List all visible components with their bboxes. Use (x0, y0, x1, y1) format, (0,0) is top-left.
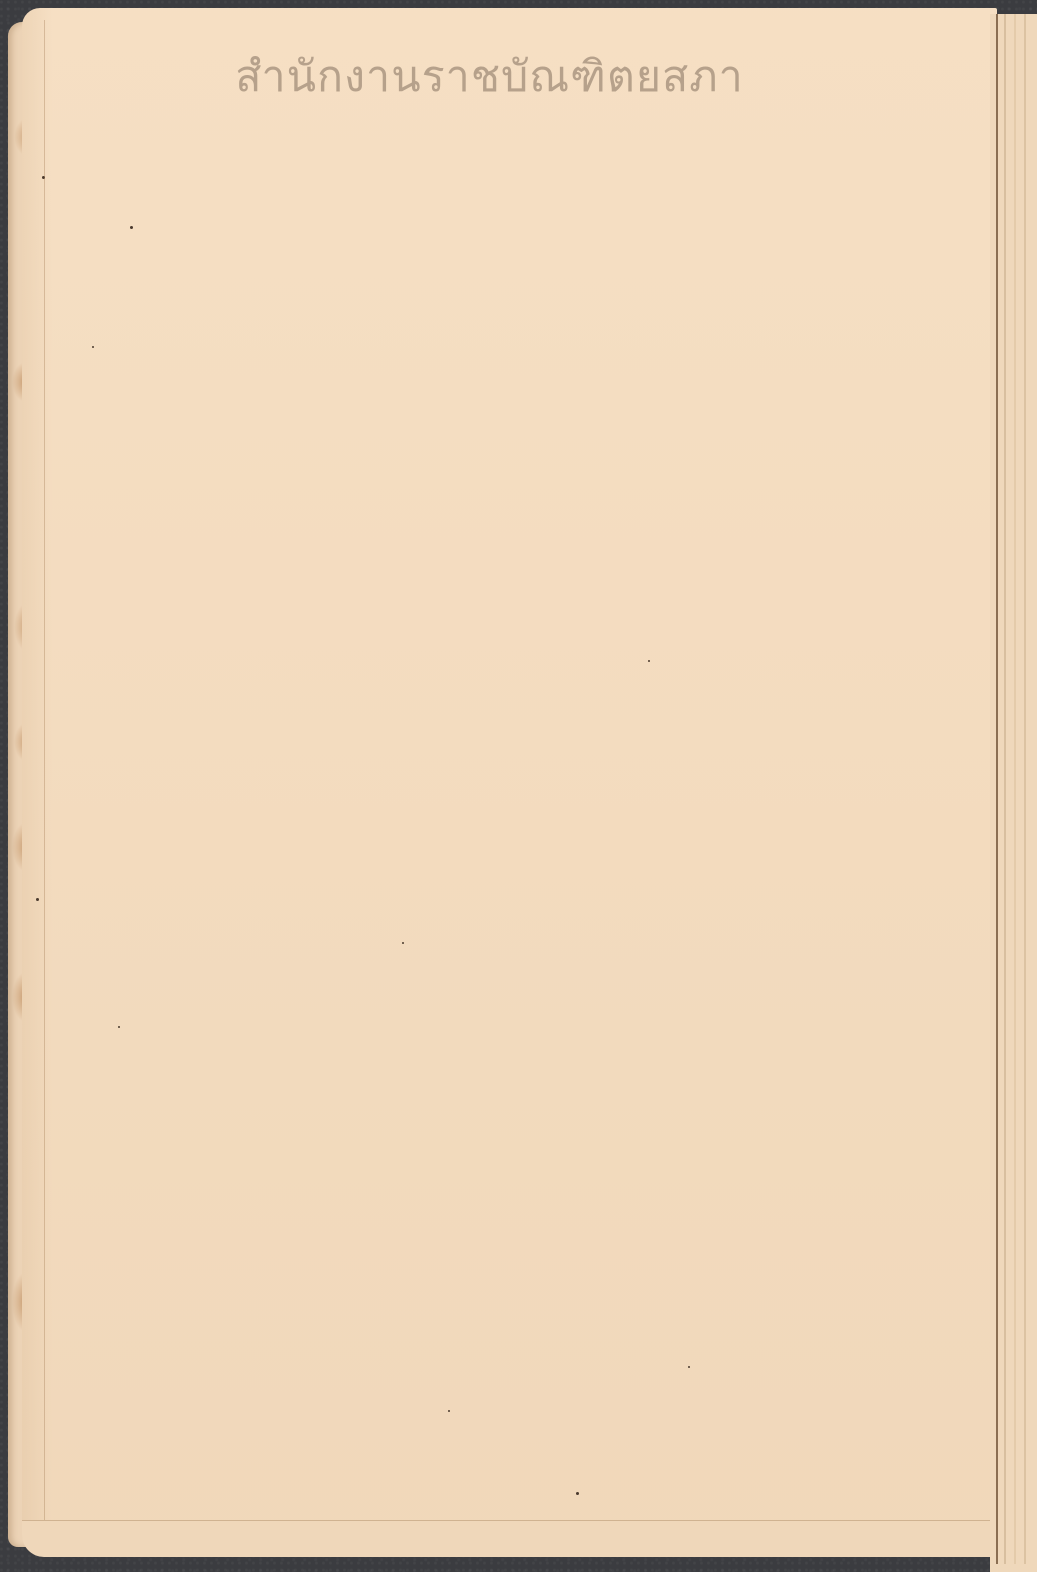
page-edge-line (1004, 14, 1006, 1564)
watermark: สำนักงานราชบัณฑิตยสภา (22, 42, 997, 110)
speck (576, 1492, 579, 1495)
speck (402, 942, 404, 944)
speck (130, 226, 133, 229)
speck (118, 1026, 120, 1028)
speck (36, 898, 39, 901)
speck (92, 346, 94, 348)
book-page: สำนักงานราชบัณฑิตยสภา (22, 8, 997, 1556)
page-edge-line (1014, 14, 1016, 1564)
speck (448, 1410, 450, 1412)
speck (648, 660, 650, 662)
page-crease-line (44, 20, 45, 1520)
page-edge-line (1024, 14, 1026, 1564)
page-edge-line (996, 14, 998, 1564)
speck (688, 1366, 690, 1368)
folded-bottom-edge (22, 1520, 997, 1557)
